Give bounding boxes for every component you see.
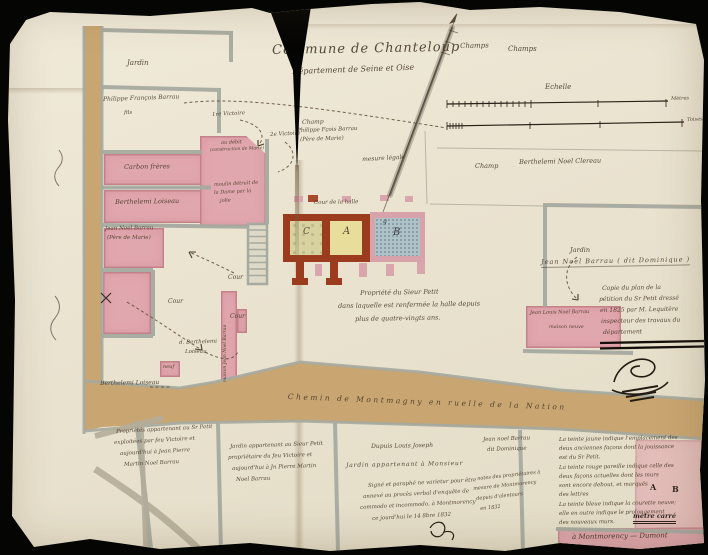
label-berthelemi-c: Berthelemi Loiseau: [100, 380, 159, 387]
hall-caption: Propriété du Sieur Petit: [360, 289, 439, 297]
label-champ-small: Champ: [302, 119, 324, 126]
label-jardin-right: Jardin: [570, 247, 590, 254]
label-strip-vertical: maison Jean Noel Barrau: [224, 296, 229, 382]
legend-letter-a: A: [650, 483, 656, 491]
label-berthelemi-a: Berthelemi Loiseau: [115, 198, 179, 206]
label-cour: Cour: [228, 275, 243, 281]
label-hall-above: Cour de la halle: [314, 200, 358, 206]
label-champs: Champs: [508, 46, 537, 53]
scale-bars: [447, 99, 684, 130]
label-cour: Cour: [168, 299, 183, 305]
legend-line: des nouveaux murs.: [559, 520, 615, 526]
copy-note: département: [603, 329, 642, 336]
label-dupuis: Dupuis Louis Joseph: [371, 443, 433, 450]
signature-bottom: [430, 522, 454, 540]
staircase: [248, 224, 267, 284]
legend-stamp: mètre carré: [633, 513, 676, 524]
label-parcel-right1: Jean Louis Noel Barrau: [530, 310, 589, 316]
label-champs: Champs: [460, 42, 489, 50]
scale-unit-metres: Mètres: [671, 96, 689, 102]
hall-room-a-letter: A: [343, 227, 350, 237]
scale-unit-toises: Toises: [687, 117, 703, 123]
label-neuf: neuf: [163, 365, 174, 370]
photographed-plan: Commune de Chanteloup Département de Sei…: [0, 0, 708, 555]
label-champ: Champ: [475, 163, 498, 170]
double-rule: [600, 341, 704, 349]
label-debit1: au débit: [221, 140, 242, 146]
legend-letter-b: B: [672, 485, 679, 493]
label-parcel-right2: maison neuve: [549, 325, 584, 330]
paper-sheet: Commune de Chanteloup Département de Sei…: [0, 0, 708, 555]
label-cour: Cour: [230, 314, 245, 320]
label-clereau: Berthelemi Noel Clereau: [519, 158, 601, 166]
faint-lines: [425, 131, 708, 206]
hall-room-b-letter: B: [393, 228, 400, 238]
legend-line: des lettres: [559, 492, 589, 498]
map-linework: [0, 0, 708, 555]
label-carbon: Carbon frères: [124, 163, 170, 170]
hall-room-c-letter: C: [303, 228, 310, 237]
legend-line: est du Sr Petit.: [559, 455, 601, 461]
hall-room-b-mark: g: [383, 219, 387, 225]
label-berthelemi-b2: Loiseau: [185, 350, 207, 356]
copy-note: Copie du plan de la: [602, 285, 661, 292]
label-philippe-fils: fils: [124, 111, 132, 117]
label-jean-noel: Jean Noel Barrau: [105, 226, 153, 232]
scale-label: Echelle: [545, 84, 571, 91]
hall-caption: plus de quatre-vingts ans.: [355, 315, 441, 323]
label-jardin-left: Jardin: [127, 60, 149, 67]
label-moulin: jolie: [220, 198, 231, 204]
label-pere-marie: (Père de Marie): [107, 236, 151, 242]
